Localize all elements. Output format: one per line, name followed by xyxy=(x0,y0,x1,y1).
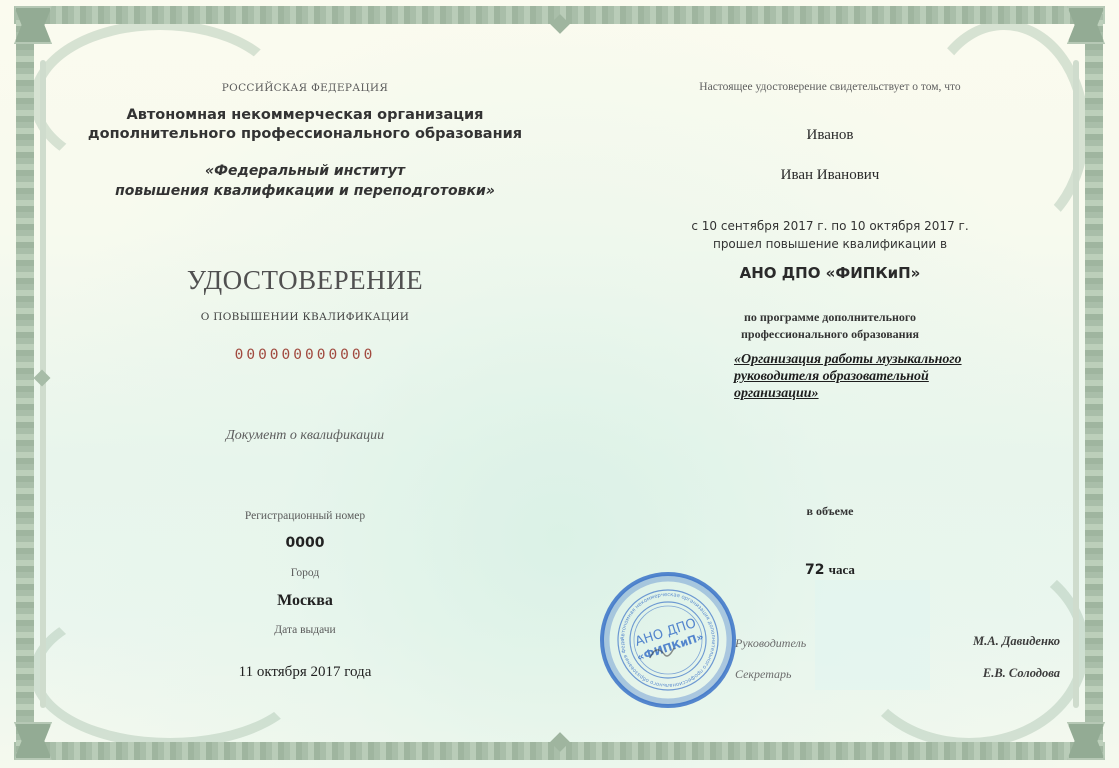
volume-label: в объеме xyxy=(620,504,1040,519)
program-name: «Организация работы музыкального руковод… xyxy=(734,351,1014,402)
institute-name-line1: «Федеральный институт xyxy=(80,163,530,179)
program-intro-line1: по программе дополнительного xyxy=(620,310,1040,325)
country-label: РОССИЙСКАЯ ФЕДЕРАЦИЯ xyxy=(80,82,530,94)
hours-unit: часа xyxy=(829,562,855,577)
issue-date-value: 11 октября 2017 года xyxy=(80,664,530,681)
signature-name-director: М.А. Давиденко xyxy=(880,634,1060,649)
institute-name-line2: повышения квалификации и переподготовки» xyxy=(80,183,530,199)
registration-number-label: Регистрационный номер xyxy=(80,510,530,522)
frame-inner-band-right xyxy=(1073,60,1079,708)
organization-short-name: АНО ДПО «ФИПКиП» xyxy=(620,264,1040,282)
document-title: УДОСТОВЕРЕНИЕ xyxy=(80,265,530,296)
registration-number-value: 0000 xyxy=(80,535,530,551)
training-period: с 10 сентября 2017 г. по 10 октября 2017… xyxy=(620,219,1040,233)
organization-seal-stamp: Автономная некоммерческая организация до… xyxy=(598,570,738,710)
holder-given-names: Иван Иванович xyxy=(620,167,1040,184)
document-kind: Документ о квалификации xyxy=(80,428,530,444)
signature-role-director: Руководитель xyxy=(735,636,806,651)
document-subtitle: О ПОВЫШЕНИИ КВАЛИФИКАЦИИ xyxy=(80,311,530,323)
issue-date-label: Дата выдачи xyxy=(80,624,530,636)
city-label: Город xyxy=(80,567,530,579)
signature-name-secretary: Е.В. Солодова xyxy=(880,666,1060,681)
organization-name-line2: дополнительного профессионального образо… xyxy=(80,126,530,142)
frame-border-right xyxy=(1085,14,1103,754)
hours-value: 72 xyxy=(805,562,824,578)
holder-surname: Иванов xyxy=(620,127,1040,144)
certifies-text: Настоящее удостоверение свидетельствует … xyxy=(620,81,1040,93)
passed-text: прошел повышение квалификации в xyxy=(620,237,1040,251)
serial-number: 000000000000 xyxy=(80,347,530,363)
guilloche-swirl-top-left xyxy=(30,20,290,180)
organization-name-line1: Автономная некоммерческая организация xyxy=(80,107,530,123)
city-value: Москва xyxy=(80,592,530,610)
frame-border-left xyxy=(16,14,34,754)
program-intro-line2: профессионального образования xyxy=(620,327,1040,342)
signature-role-secretary: Секретарь xyxy=(735,667,791,682)
